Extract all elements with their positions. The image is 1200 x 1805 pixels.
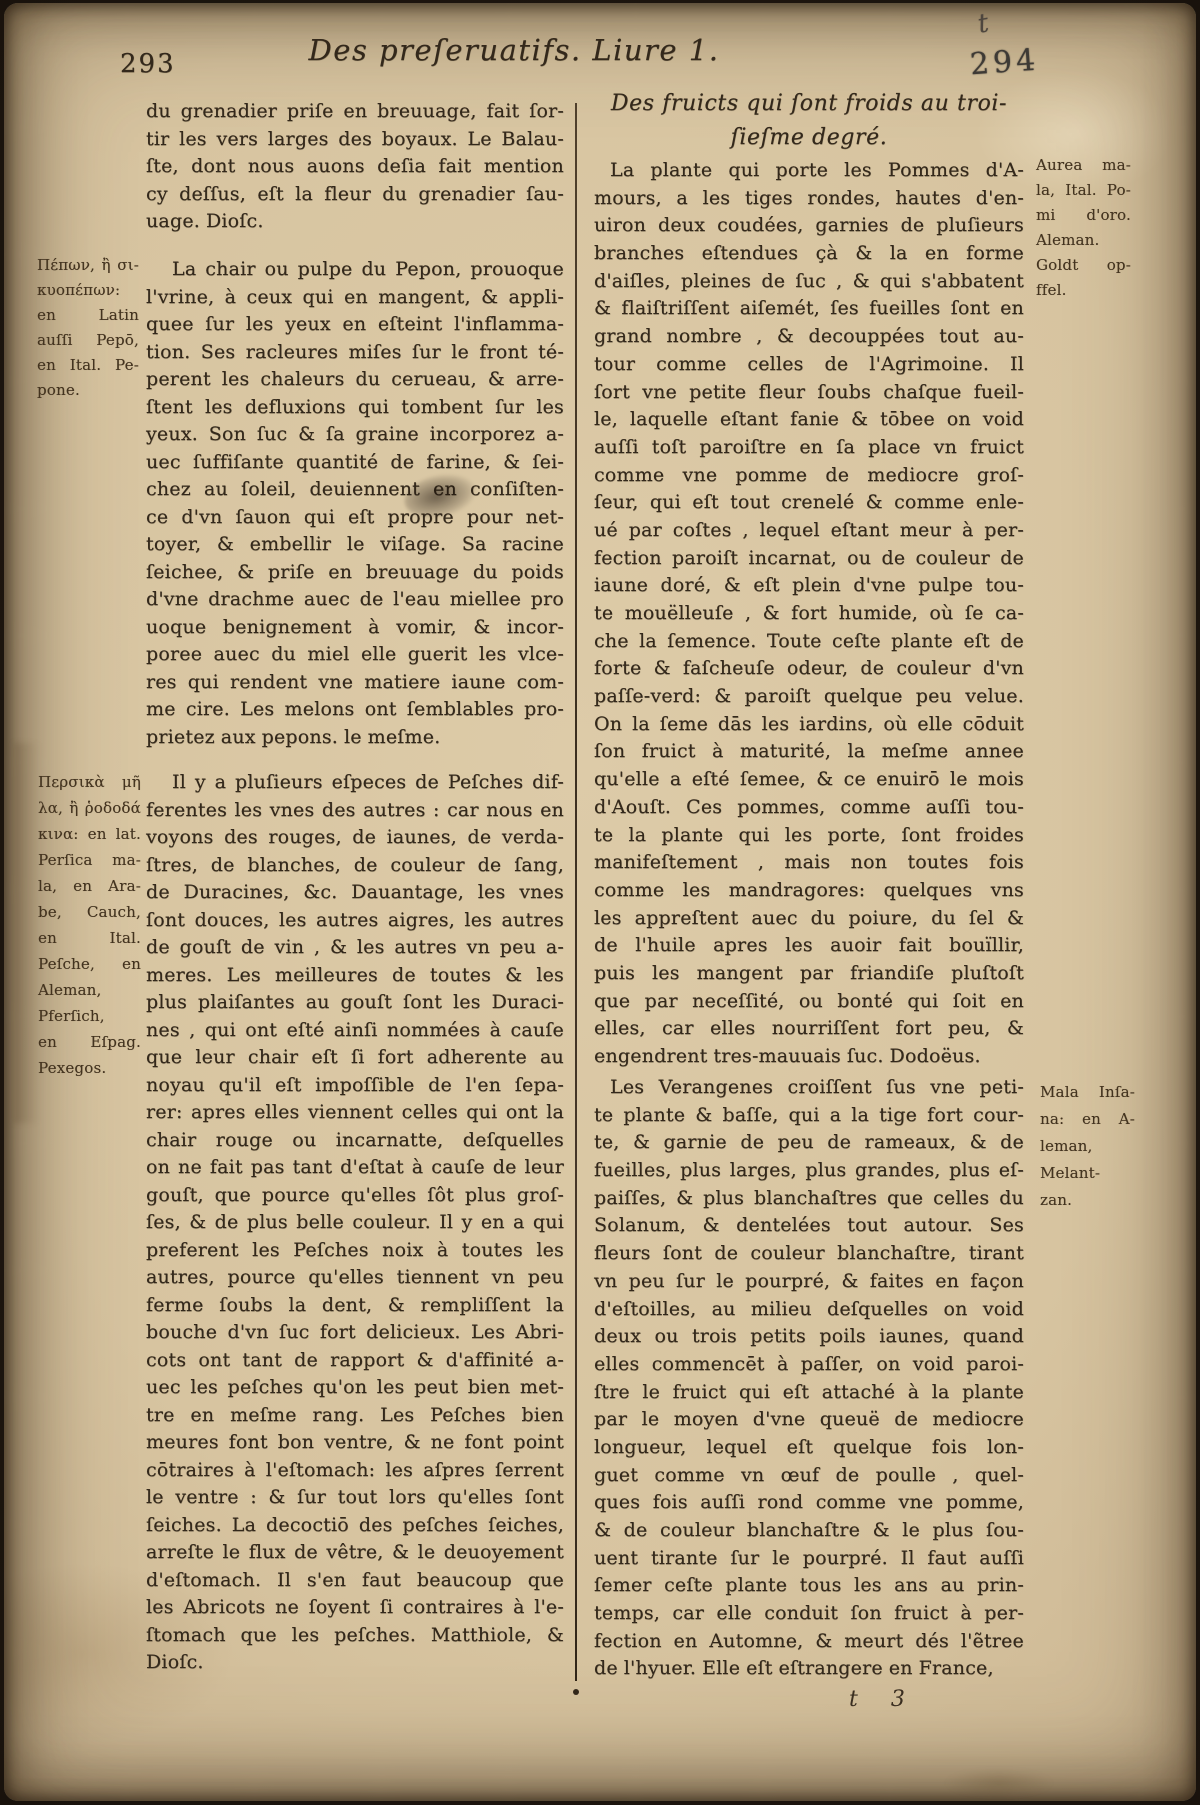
text-line: uent tirante ſur le pourpré. Il faut auſ… bbox=[594, 1545, 1024, 1573]
text-line: ſon fruict à maturité, la meſme annee bbox=[594, 738, 1024, 766]
text-line: de l'hyuer. Elle eſt eſtrangere en Franc… bbox=[594, 1655, 1024, 1683]
text-line: uec ſuffiſante quantité de farine, & ſei… bbox=[146, 449, 564, 477]
text-line: elles, car elles nourriſſent fort peu, & bbox=[594, 1015, 1024, 1043]
text-line: grand nombre , & decouppées tout au- bbox=[594, 323, 1024, 351]
text-line: cots ont tant de rapport & d'affinité a- bbox=[146, 1347, 564, 1375]
text-line: cōtraires à l'eſtomach: les aſpres ſerre… bbox=[146, 1457, 564, 1485]
text-line: ſtres, de blanches, de couleur de ſang, bbox=[146, 852, 564, 880]
text-line: ffel. bbox=[1036, 278, 1131, 303]
text-line: temps, car elle conduit ſon fruict à per… bbox=[594, 1600, 1024, 1628]
text-line: & flaiſtriſſent aiſemét, ſes fueilles ſo… bbox=[594, 295, 1024, 323]
text-line: forte & faſcheuſe odeur, de couleur d'vn bbox=[594, 655, 1024, 683]
section-heading-fruits-froids: Des fruicts qui ſont froids au troi-ſieſ… bbox=[594, 87, 1024, 155]
text-line: plus plaiſantes au gouſt ſont les Duraci… bbox=[146, 989, 564, 1017]
text-line: λα, ἢ ῥοδοδά bbox=[38, 795, 141, 821]
text-line: d'vne drachme auec de l'eau miellee pro bbox=[146, 586, 564, 614]
text-line: en Latin bbox=[37, 303, 139, 328]
text-line: tion. Ses racleures miſes ſur le front t… bbox=[146, 339, 564, 367]
text-line: en Eſpag. bbox=[38, 1029, 141, 1055]
text-line: κινα: en lat. bbox=[38, 821, 141, 847]
column-divider-dot bbox=[573, 1689, 579, 1695]
text-line: ſont douces, les autres aigres, les autr… bbox=[146, 907, 564, 935]
margin-note-pepon: Πέπων, ἢ σι-κυοπέπων:en Latinauſſi Pepō,… bbox=[37, 253, 139, 403]
text-line: le ventre : & ſur tout lors qu'elles ſon… bbox=[146, 1484, 564, 1512]
text-line: fleurs ſont de couleur blanchaſtre, tira… bbox=[594, 1240, 1024, 1268]
margin-note-mala-insana: Mala Inſa-na: en A-leman,Melant-zan. bbox=[1040, 1079, 1135, 1214]
text-line: meures font bon ventre, & ne font point bbox=[146, 1429, 564, 1457]
text-line: ques fois auſſi rond comme vne pomme, bbox=[594, 1489, 1024, 1517]
text-line: la, en Ara- bbox=[38, 873, 141, 899]
paper-stain bbox=[944, 1768, 1054, 1798]
text-line: Pferſich, bbox=[38, 1003, 141, 1029]
running-title: Des preſeruatifs. Liure 1. bbox=[144, 33, 884, 67]
text-line: cy deſſus, eſt la fleur du grenadier ſau… bbox=[146, 181, 564, 209]
text-line: du grenadier priſe en breuuage, fait ſor… bbox=[146, 98, 564, 126]
text-line: pone. bbox=[37, 378, 139, 403]
text-line: que par neceſſité, ou bonté qui ſoit en bbox=[594, 988, 1024, 1016]
text-line: κυοπέπων: bbox=[37, 278, 139, 303]
text-line: mi d'oro. bbox=[1036, 203, 1131, 228]
text-line: d'aiſles, pleines de ſuc , & qui s'abbat… bbox=[594, 268, 1024, 296]
text-line: Les Verangenes croiſſent ſus vne peti- bbox=[594, 1074, 1024, 1102]
text-line: d'eſtoilles, au milieu deſquelles on voi… bbox=[594, 1296, 1024, 1324]
text-line: te plante & baſſe, qui a la tige fort co… bbox=[594, 1102, 1024, 1130]
text-line: Solanum, & dentelées tout autour. Ses bbox=[594, 1212, 1024, 1240]
text-line: res qui rendent vne matiere iaune com- bbox=[146, 669, 564, 697]
text-line: poree auec du miel elle guerit les vlce- bbox=[146, 641, 564, 669]
text-line: Perſica ma- bbox=[38, 847, 141, 873]
text-line: fection en Automne, & meurt dés l'ẽtree bbox=[594, 1628, 1024, 1656]
text-line: ce d'vn ſauon qui eſt propre pour net- bbox=[146, 504, 564, 532]
text-line: leman, bbox=[1040, 1133, 1135, 1160]
text-line: perent les chaleurs du cerueau, & arre- bbox=[146, 366, 564, 394]
text-line: ſeiches. La decoctiō des peſches ſeiches… bbox=[146, 1512, 564, 1540]
text-line: Des fruicts qui ſont froids au troi- bbox=[594, 87, 1024, 121]
signature-mark: t 3 bbox=[849, 1687, 905, 1712]
text-line: deux ou trois petits poils iaunes, quand bbox=[594, 1323, 1024, 1351]
paragraph-pepon: La chair ou pulpe du Pepon, prouoquel'vr… bbox=[146, 256, 564, 751]
text-line: fueilles, plus larges, plus grandes, plu… bbox=[594, 1157, 1024, 1185]
text-line: de Duracines, &c. Dauantage, les vnes bbox=[146, 879, 564, 907]
text-line: vn peu ſur le pourpré, & faites en façon bbox=[594, 1268, 1024, 1296]
text-line: yeux. Son ſuc & ſa graine incorporez a- bbox=[146, 421, 564, 449]
text-line: na: en A- bbox=[1040, 1106, 1135, 1133]
text-line: quee ſur les yeux en eſteint l'inflamma- bbox=[146, 311, 564, 339]
text-line: on ne fait pas tant d'eſtat à cauſe de l… bbox=[146, 1154, 564, 1182]
text-line: ſes, & de plus belle couleur. Il y en a … bbox=[146, 1209, 564, 1237]
text-line: noyau qu'il eſt impoſſible de l'en ſepa- bbox=[146, 1072, 564, 1100]
text-line: Περσικὰ μῆ bbox=[38, 769, 141, 795]
text-line: bouche d'vn ſuc fort delicieux. Les Abri… bbox=[146, 1319, 564, 1347]
text-line: Dioſc. bbox=[146, 1649, 564, 1677]
text-line: ſeur, qui eſt tout crenelé & comme enle- bbox=[594, 489, 1024, 517]
paper-stain bbox=[14, 743, 40, 1123]
text-line: Aurea ma- bbox=[1036, 153, 1131, 178]
text-line: ferme ſoubs la dent, & rempliſſent la bbox=[146, 1292, 564, 1320]
text-line: me cire. Les melons ont ſemblables pro- bbox=[146, 696, 564, 724]
text-line: comme les mandragores: quelques vns bbox=[594, 877, 1024, 905]
text-line: te mouëlleuſe , & fort humide, où ſe ca- bbox=[594, 600, 1024, 628]
text-line: longueur, lequel eſt quelque fois lon- bbox=[594, 1434, 1024, 1462]
text-line: ſte, dont nous auons deſia fait mention bbox=[146, 153, 564, 181]
text-line: Mala Inſa- bbox=[1040, 1079, 1135, 1106]
text-line: chez au ſoleil, deuiennent en conſiſten- bbox=[146, 476, 564, 504]
column-divider-rule bbox=[575, 103, 577, 1681]
text-line: qu'elle a eſté ſemee, & ce enuirō le moi… bbox=[594, 766, 1024, 794]
text-line: par le moyen d'vne queuë de mediocre bbox=[594, 1406, 1024, 1434]
text-line: ſtomach que les peſches. Matthiole, & bbox=[146, 1622, 564, 1650]
text-line: che la ſemence. Toute ceſte plante eſt d… bbox=[594, 628, 1024, 656]
text-line: uiron deux coudées, garnies de pluſieurs bbox=[594, 212, 1024, 240]
text-line: branches eſtendues çà & la en forme bbox=[594, 240, 1024, 268]
text-line: de l'huile apres les auoir fait bouïllir… bbox=[594, 932, 1024, 960]
text-line: Il y a pluſieurs eſpeces de Peſches dif- bbox=[146, 769, 564, 797]
text-line: manifeſtement , mais non toutes fois bbox=[594, 849, 1024, 877]
text-line: ſtent les defluxions qui tombent ſur les bbox=[146, 394, 564, 422]
text-line: puis les mangent par friandiſe pluſtoſt bbox=[594, 960, 1024, 988]
text-line: tre en meſme rang. Les Peſches bien bbox=[146, 1402, 564, 1430]
text-line: uage. Dioſc. bbox=[146, 208, 564, 236]
text-line: mours, a les tiges rondes, hautes d'en- bbox=[594, 185, 1024, 213]
text-line: ſort vne petite fleur ſoubs chaſque fuei… bbox=[594, 379, 1024, 407]
text-line: elles commencēt à paſſer, on void paroi- bbox=[594, 1351, 1024, 1379]
handwritten-mark: t bbox=[975, 8, 991, 39]
text-line: auſſi Pepō, bbox=[37, 328, 139, 353]
text-line: zan. bbox=[1040, 1187, 1135, 1214]
text-line: Goldt op- bbox=[1036, 253, 1131, 278]
text-line: l'vrine, à ceux qui en mangent, & appli- bbox=[146, 284, 564, 312]
text-line: preferent les Peſches noix à toutes les bbox=[146, 1237, 564, 1265]
text-line: paiſſes, & plus blanchaſtres que celles … bbox=[594, 1185, 1024, 1213]
text-line: iaune doré, & eſt plein d'vne pulpe tou- bbox=[594, 572, 1024, 600]
text-line: La chair ou pulpe du Pepon, prouoque bbox=[146, 256, 564, 284]
margin-note-pesches: Περσικὰ μῆλα, ἢ ῥοδοδάκινα: en lat.Perſi… bbox=[38, 769, 141, 1081]
text-line: arreſte le flux de vêtre, & le deuoyemen… bbox=[146, 1539, 564, 1567]
book-scan: 293 Des preſeruatifs. Liure 1. t 294 Πέπ… bbox=[0, 0, 1200, 1805]
text-line: uoque benignement à vomir, & incor- bbox=[146, 614, 564, 642]
text-line: & de couleur blanchaſtre & le plus ſou- bbox=[594, 1517, 1024, 1545]
text-line: comme vne pomme de mediocre groſ- bbox=[594, 462, 1024, 490]
text-line: ferentes les vnes des autres : car nous … bbox=[146, 797, 564, 825]
text-line: en Ital. bbox=[38, 925, 141, 951]
margin-note-aurea-mala: Aurea ma-la, Ital. Po-mi d'oro.Aleman.Go… bbox=[1036, 153, 1131, 303]
text-line: ſtre le fruict qui eſt attaché à la plan… bbox=[594, 1379, 1024, 1407]
text-line: ſemer ceſte plante tous les ans au prin- bbox=[594, 1572, 1024, 1600]
text-line: toyer, & embellir le viſage. Sa racine bbox=[146, 531, 564, 559]
text-line: tour comme celles de l'Agrimoine. Il bbox=[594, 351, 1024, 379]
text-line: le, laquelle eſtant fanie & tōbee on voi… bbox=[594, 406, 1024, 434]
text-line: engendrent tres-mauuais ſuc. Dodoëus. bbox=[594, 1043, 1024, 1071]
paragraph-pesches: Il y a pluſieurs eſpeces de Peſches dif-… bbox=[146, 769, 564, 1677]
text-line: chair rouge ou incarnatte, deſquelles bbox=[146, 1127, 564, 1155]
text-line: Melant- bbox=[1040, 1160, 1135, 1187]
text-line: On la ſeme dās les iardins, où elle cōdu… bbox=[594, 711, 1024, 739]
book-page: 293 Des preſeruatifs. Liure 1. t 294 Πέπ… bbox=[4, 3, 1196, 1801]
text-line: ſeichee, & priſe en breuuage du poids bbox=[146, 559, 564, 587]
text-line: auſſi toſt paroiſtre en ſa place vn frui… bbox=[594, 434, 1024, 462]
text-line: prietez aux pepons. le meſme. bbox=[146, 724, 564, 752]
text-line: en Ital. Pe- bbox=[37, 353, 139, 378]
text-line: rer: apres elles viennent celles qui ont… bbox=[146, 1099, 564, 1127]
text-line: meres. Les meilleures de toutes & les bbox=[146, 962, 564, 990]
text-line: nes , qui ont eſté ainſi nommées à cauſe bbox=[146, 1017, 564, 1045]
text-line: les appreſtent auec du poiure, du ſel & bbox=[594, 905, 1024, 933]
text-line: La plante qui porte les Pommes d'A- bbox=[594, 157, 1024, 185]
text-line: te la plante qui les porte, ſont froides bbox=[594, 822, 1024, 850]
text-line: ſieſme degré. bbox=[594, 121, 1024, 155]
text-line: tir les vers larges des boyaux. Le Balau… bbox=[146, 126, 564, 154]
text-line: guet comme vn œuf de poulle , quel- bbox=[594, 1462, 1024, 1490]
text-line: la, Ital. Po- bbox=[1036, 178, 1131, 203]
text-line: Peſche, en bbox=[38, 951, 141, 977]
paragraph-verangenes: Les Verangenes croiſſent ſus vne peti-te… bbox=[594, 1074, 1024, 1683]
text-line: fection paroiſt incarnat, ou de couleur … bbox=[594, 545, 1024, 573]
text-line: d'Aouſt. Ces pommes, comme auſſi tou- bbox=[594, 794, 1024, 822]
paragraph-pommes-damours: La plante qui porte les Pommes d'A-mours… bbox=[594, 157, 1024, 1071]
text-line: te, & garnie de peu de rameaux, & de bbox=[594, 1129, 1024, 1157]
text-line: paſſe-verd: & paroiſt quelque peu velue. bbox=[594, 683, 1024, 711]
text-line: que leur chair eſt ſi fort adherente au bbox=[146, 1044, 564, 1072]
text-line: be, Cauch, bbox=[38, 899, 141, 925]
text-line: voyons des rouges, de iaunes, de verda- bbox=[146, 824, 564, 852]
text-line: Aleman. bbox=[1036, 228, 1131, 253]
text-line: gouſt, que pource qu'elles ſôt plus groſ… bbox=[146, 1182, 564, 1210]
paragraph-grenadier: du grenadier priſe en breuuage, fait ſor… bbox=[146, 98, 564, 236]
text-line: les Abricots ne ſoyent ſi contraires à l… bbox=[146, 1594, 564, 1622]
text-line: uec les peſches qu'on les peut bien met- bbox=[146, 1374, 564, 1402]
text-line: d'eſtomach. Il s'en faut beaucoup que bbox=[146, 1567, 564, 1595]
text-line: ué par coſtes , lequel eſtant meur à per… bbox=[594, 517, 1024, 545]
text-line: autres, pource qu'elles tiennent vn peu bbox=[146, 1264, 564, 1292]
page-number-right: 294 bbox=[969, 43, 1041, 83]
text-line: Pexegos. bbox=[38, 1055, 141, 1081]
text-line: de gouſt de vin , & les autres vn peu a- bbox=[146, 934, 564, 962]
text-line: Πέπων, ἢ σι- bbox=[37, 253, 139, 278]
text-line: Aleman, bbox=[38, 977, 141, 1003]
